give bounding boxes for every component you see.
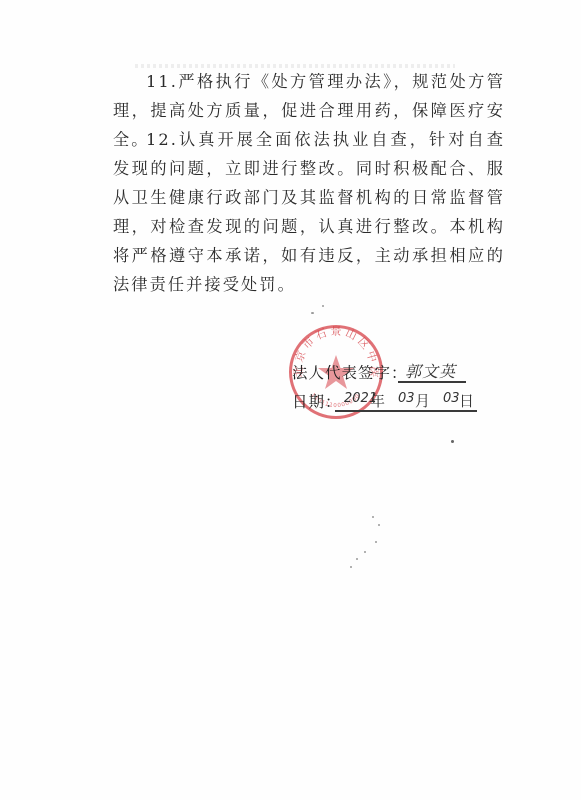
scan-speck <box>364 551 366 553</box>
date-underline <box>335 410 477 412</box>
handwritten-signature: 郭文英 <box>405 359 456 382</box>
paragraph-item-12: 12.认真开展全面依法执业自查，针对自查发现的问题，立即进行整改。同时积极配合、… <box>113 125 505 299</box>
date-year-unit: 年 <box>370 390 385 411</box>
document-page: 11.严格执行《处方管理办法》，规范处方管理，提高处方质量，促进合理用药，保障医… <box>0 0 581 800</box>
date-day-unit: 日 <box>459 390 474 411</box>
scan-speck <box>356 558 358 560</box>
date-label: 日期： <box>292 390 342 412</box>
legal-rep-signature-label: 法人代表签字： <box>292 361 408 383</box>
signature-underline <box>398 381 466 383</box>
scan-speck <box>350 566 352 568</box>
scan-speck <box>375 541 377 543</box>
date-day-value: 03 <box>443 391 460 406</box>
date-month-value: 03 <box>398 391 415 406</box>
scan-speck <box>378 524 380 526</box>
scan-speck <box>451 440 454 443</box>
scan-speck <box>311 312 314 314</box>
scan-speck <box>322 305 324 307</box>
date-month-unit: 月 <box>415 390 430 411</box>
scan-speck <box>372 516 374 518</box>
